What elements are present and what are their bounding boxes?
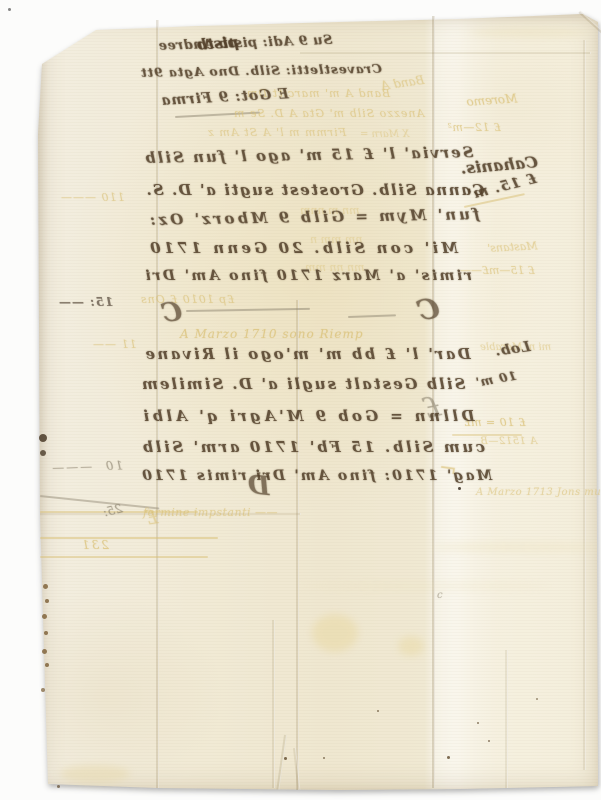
fold-crease — [276, 735, 286, 790]
script-line: £ 12—m² — [447, 122, 501, 133]
ink-rule — [348, 314, 396, 317]
fold-crease — [505, 650, 508, 788]
ink-speck — [40, 450, 46, 456]
script-line: Mastans' — [487, 240, 538, 254]
script-line: 11 —— — [92, 339, 137, 350]
stain — [470, 28, 590, 37]
script-line: Band A — [380, 74, 425, 92]
script-line: A Marzo 1710 sono Riemp — [180, 328, 364, 340]
stain — [430, 543, 600, 551]
fold-crease — [578, 11, 601, 42]
script-line: A Marzo 1713 Jons murgo — [476, 488, 601, 498]
script-line: E Got: 9 Firma — [160, 87, 289, 108]
script-line: Mi' con Silb. 20 Genn 1710 — [147, 241, 458, 256]
script-line: C — [415, 294, 442, 325]
script-line: 10 ——— — [50, 459, 123, 474]
script-line: rimis' a' Marz 1710 fino Am' Dri — [143, 269, 472, 283]
ink-speck — [323, 757, 325, 759]
ink-speck — [458, 487, 461, 490]
script-line: fermine impstanti —— — [143, 507, 278, 518]
script-line: Moremo — [466, 92, 518, 108]
script-line: Lob. — [494, 340, 531, 359]
ink-speck — [536, 698, 538, 700]
ink-speck — [41, 688, 45, 692]
script-line: Dllnn = Gob 9 M'Agri q' Albi — [140, 409, 475, 424]
ink-layer: 110 ———11 ——231£Band A m' marcitt DmAnez… — [0, 0, 601, 800]
fold-crease — [300, 52, 591, 54]
script-line: 25: — [102, 502, 124, 518]
stain — [398, 636, 424, 656]
script-line: X Marn = — [360, 130, 409, 140]
ink-speck — [8, 8, 11, 11]
fold-crease — [583, 40, 586, 770]
ink-speck — [447, 756, 450, 759]
ink-rule — [186, 308, 310, 312]
script-line: Anezzo Silb m' Gta A D. Se m — [233, 108, 424, 119]
fold-crease — [296, 300, 299, 790]
script-line: Mag' 1710: fino Am' Dri rimis 1710 — [140, 469, 492, 483]
fold-crease — [272, 620, 275, 788]
script-line: D — [246, 472, 271, 500]
script-line: C — [160, 299, 183, 327]
ink-speck — [377, 710, 379, 712]
script-line: A 1512—B — [480, 437, 537, 447]
ink-rule — [40, 495, 159, 509]
stain — [300, 583, 550, 589]
script-line: 10 m' — [474, 370, 518, 389]
stain — [60, 765, 130, 783]
ink-speck — [42, 649, 47, 654]
ink-speck — [45, 663, 49, 667]
fold-crease — [156, 20, 159, 788]
stain — [312, 614, 358, 652]
script-line: 110 ——— — [60, 192, 125, 203]
ink-speck — [39, 434, 47, 442]
manuscript-scan: 110 ———11 ——231£Band A m' marcitt DmAnez… — [0, 0, 601, 800]
ink-speck — [45, 599, 49, 603]
script-line: 231 — [80, 539, 109, 551]
script-line: Dar' l' £ bb m' m'ogo il Rivane — [143, 347, 471, 362]
script-line: 15: —— — [58, 296, 113, 308]
script-line: fun' Mym = Gilb 9 Mborz' Oz: — [147, 207, 480, 228]
script-line: c — [437, 591, 443, 601]
ink-speck — [284, 757, 287, 760]
script-line: cum Silb. 15 Fb' 1710 arm' Silb — [140, 440, 485, 455]
script-line: Firmm m l' A St Am z — [207, 127, 346, 138]
ink-speck — [42, 614, 47, 619]
ink-speck — [488, 740, 490, 742]
script-line: Su 9 Adi: pistb Andree — [158, 34, 333, 53]
ink-rule — [40, 556, 208, 558]
ink-speck — [43, 584, 48, 589]
script-line: Silb Gestalt sugli a' D. Similem — [140, 377, 465, 392]
script-line: pistb — [196, 35, 239, 53]
script-line: Canna Silb. Grostest sugti a' D. S. — [145, 183, 484, 198]
ink-speck — [44, 631, 48, 635]
ink-rule — [40, 537, 218, 539]
script-line: Servia' l' £ 15 m' ago l' fun Silb — [143, 145, 474, 166]
script-line: £p 1010 £ Ons — [140, 294, 234, 305]
ink-speck — [477, 722, 479, 724]
script-line: Cravestletti: Silb. Dno Agta 9tt — [140, 63, 382, 80]
ink-speck — [57, 785, 60, 788]
